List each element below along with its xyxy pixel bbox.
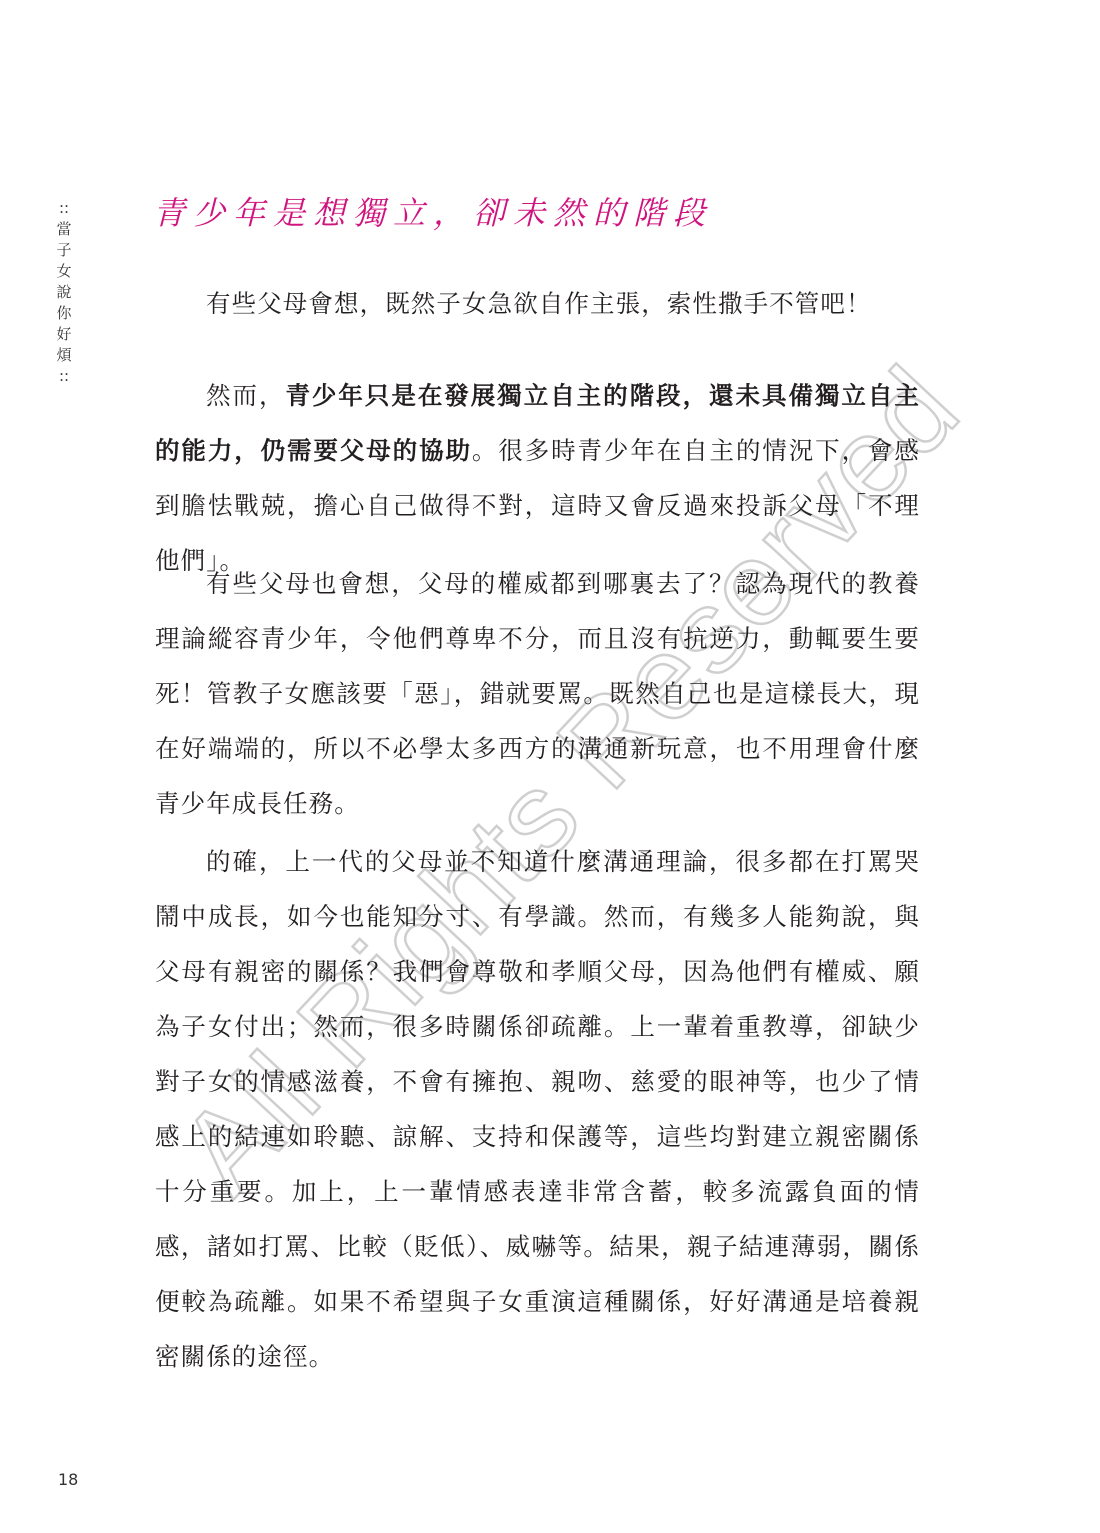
running-head-char: 子 [56, 240, 71, 261]
running-head-char: 女 [56, 261, 71, 282]
running-head-char: :: [59, 198, 69, 219]
paragraph-2-lead: 然而， [206, 381, 285, 410]
paragraph-4: 的確，上一代的父母並不知道什麼溝通理論，很多都在打罵哭鬧中成長，如今也能知分寸、… [155, 834, 920, 1384]
paragraph-1: 有些父母會想，既然子女急欲自作主張，索性撒手不管吧！ [155, 276, 920, 331]
running-head: :: 當 子 女 說 你 好 煩 :: [54, 198, 74, 387]
running-head-char: 好 [56, 324, 71, 345]
running-head-char: 當 [56, 219, 71, 240]
running-head-char: 煩 [56, 345, 71, 366]
paragraph-3: 有些父母也會想，父母的權威都到哪裏去了？認為現代的教養理論縱容青少年，令他們尊卑… [155, 556, 920, 831]
running-head-char: :: [59, 366, 69, 387]
page-number: 18 [58, 1470, 78, 1489]
running-head-char: 你 [56, 303, 71, 324]
section-title: 青少年是想獨立，卻未然的階段 [153, 188, 713, 234]
running-head-char: 說 [56, 282, 71, 303]
paragraph-2: 然而，青少年只是在發展獨立自主的階段，還未具備獨立自主的能力，仍需要父母的協助。… [155, 368, 920, 588]
